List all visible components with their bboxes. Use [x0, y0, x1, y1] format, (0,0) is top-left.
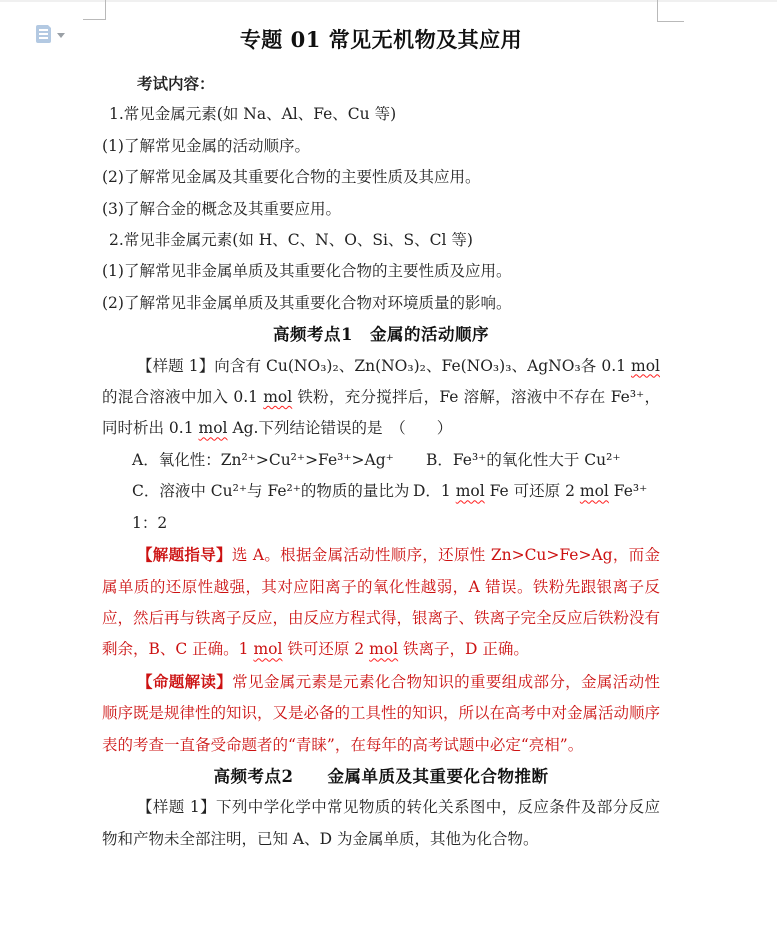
- exam-item: (2)了解常见非金属单质及其重要化合物对环境质量的影响。: [102, 288, 660, 319]
- options-row-cd: C．溶液中 Cu²⁺与 Fe²⁺的物质的量比为 1：2 D．1 mol Fe 可…: [102, 476, 660, 539]
- option-b: B．Fe³⁺的氧化性大于 Cu²⁺: [426, 445, 621, 476]
- exam-item: 1.常见金属元素(如 Na、Al、Fe、Cu 等): [102, 99, 660, 130]
- chevron-down-icon[interactable]: [57, 33, 65, 38]
- section1-heading: 高频考点1 金属的活动顺序: [102, 319, 660, 350]
- interpretation-paragraph: 【命题解读】常见金属元素是元素化合物知识的重要组成部分，金属活动性顺序既是规律性…: [102, 666, 660, 761]
- solution-guide-paragraph: 【解题指导】选 A。根据金属活动性顺序，还原性 Zn>Cu>Fe>Ag，而金属单…: [102, 539, 660, 666]
- paste-options-button[interactable]: [36, 25, 65, 43]
- sample1-paragraph: 【样题 1】向含有 Cu(NO₃)₂、Zn(NO₃)₂、Fe(NO₃)₃、AgN…: [102, 351, 660, 445]
- paste-options-icon[interactable]: [36, 25, 51, 43]
- section2-heading: 高频考点2 金属单质及其重要化合物推断: [102, 761, 660, 792]
- option-a: A．氧化性：Zn²⁺>Cu²⁺>Fe³⁺>Ag⁺: [132, 445, 426, 476]
- page-title: 专题 01 常见无机物及其应用: [102, 27, 660, 53]
- document-body: 考试内容： 1.常见金属元素(如 Na、Al、Fe、Cu 等) (1)了解常见金…: [102, 68, 660, 855]
- exam-item: (1)了解常见金属的活动顺序。: [102, 131, 660, 162]
- text-boundary-corner-right: [657, 0, 684, 22]
- options-row-ab: A．氧化性：Zn²⁺>Cu²⁺>Fe³⁺>Ag⁺ B．Fe³⁺的氧化性大于 Cu…: [102, 445, 660, 476]
- exam-item: (3)了解合金的概念及其重要应用。: [102, 194, 660, 225]
- exam-item: (1)了解常见非金属单质及其重要化合物的主要性质及应用。: [102, 256, 660, 287]
- exam-item: (2)了解常见金属及其重要化合物的主要性质及其应用。: [102, 162, 660, 193]
- exam-item: 2.常见非金属元素(如 H、C、N、O、Si、S、Cl 等): [102, 225, 660, 256]
- document-page: 专题 01 常见无机物及其应用 考试内容： 1.常见金属元素(如 Na、Al、F…: [102, 0, 660, 855]
- option-d: D．1 mol Fe 可还原 2 mol Fe³⁺: [413, 476, 647, 539]
- exam-content-heading: 考试内容：: [102, 68, 660, 99]
- sample2-paragraph: 【样题 1】下列中学化学中常见物质的转化关系图中，反应条件及部分反应物和产物未全…: [102, 792, 660, 855]
- option-c: C．溶液中 Cu²⁺与 Fe²⁺的物质的量比为 1：2: [132, 476, 413, 539]
